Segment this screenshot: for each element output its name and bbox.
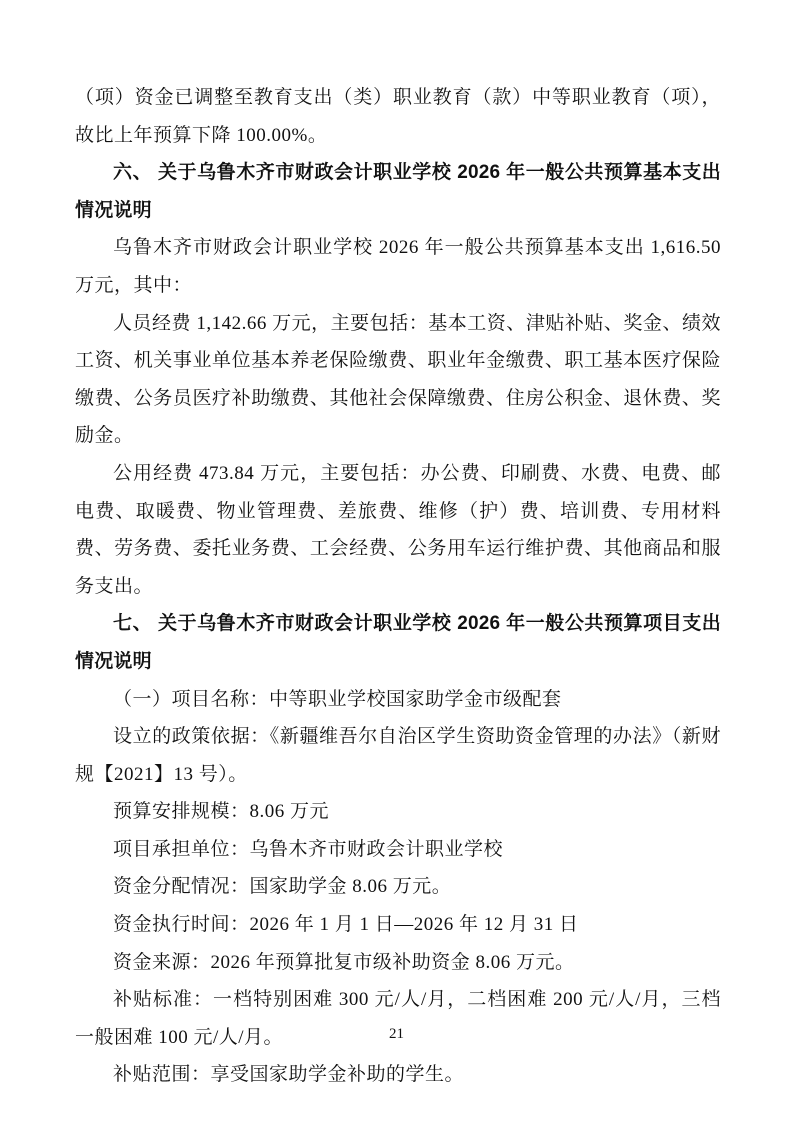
body-paragraph: 公用经费 473.84 万元，主要包括：办公费、印刷费、水费、电费、邮电费、取暖… [75, 455, 721, 605]
body-paragraph: 资金分配情况：国家助学金 8.06 万元。 [75, 868, 721, 906]
body-paragraph: 乌鲁木齐市财政会计职业学校 2026 年一般公共预算基本支出 1,616.50 … [75, 229, 721, 304]
body-paragraph: 补贴范围：享受国家助学金补助的学生。 [75, 1056, 721, 1094]
page-number: 21 [0, 1026, 793, 1043]
section-heading: 七、 关于乌鲁木齐市财政会计职业学校 2026 年一般公共预算项目支出情况说明 [75, 605, 721, 680]
section-heading: 六、 关于乌鲁木齐市财政会计职业学校 2026 年一般公共预算基本支出情况说明 [75, 154, 721, 229]
body-paragraph: 项目承担单位：乌鲁木齐市财政会计职业学校 [75, 831, 721, 869]
body-paragraph: 人员经费 1,142.66 万元，主要包括：基本工资、津贴补贴、奖金、绩效工资、… [75, 305, 721, 455]
body-paragraph: 资金执行时间：2026 年 1 月 1 日—2026 年 12 月 31 日 [75, 906, 721, 944]
body-paragraph: 资金来源：2026 年预算批复市级补助资金 8.06 万元。 [75, 944, 721, 982]
body-paragraph: 设立的政策依据：《新疆维吾尔自治区学生资助资金管理的办法》（新财规【2021】1… [75, 718, 721, 793]
document-page: （项）资金已调整至教育支出（类）职业教育（款）中等职业教育（项），故比上年预算下… [0, 0, 793, 1122]
body-paragraph: 预算安排规模：8.06 万元 [75, 793, 721, 831]
page-content: （项）资金已调整至教育支出（类）职业教育（款）中等职业教育（项），故比上年预算下… [75, 79, 721, 1094]
body-paragraph: （项）资金已调整至教育支出（类）职业教育（款）中等职业教育（项），故比上年预算下… [75, 79, 721, 154]
body-paragraph: （一）项目名称：中等职业学校国家助学金市级配套 [75, 681, 721, 719]
body-paragraph: 补贴标准：一档特别困难 300 元/人/月，二档困难 200 元/人/月，三档一… [75, 981, 721, 1056]
